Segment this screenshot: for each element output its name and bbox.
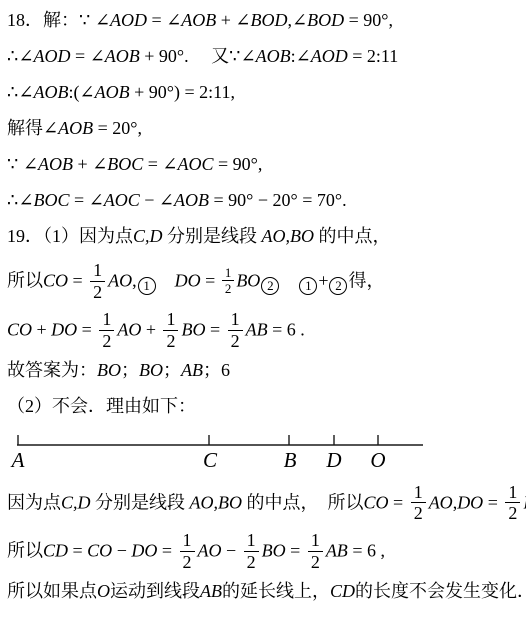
fraction-numerator: 1	[99, 310, 114, 330]
fraction-numerator: 1	[222, 266, 234, 281]
text-run: CO	[87, 541, 112, 561]
text-run: BOD	[251, 10, 288, 30]
text-run: AO,BO	[190, 492, 243, 512]
circled-number: 1	[138, 277, 156, 295]
text-run: =	[201, 271, 220, 291]
text-run: ∴∠	[7, 82, 34, 102]
text-run: = 6 .	[268, 320, 305, 340]
fraction-numerator: 1	[163, 310, 178, 330]
text-run: AOB	[174, 190, 209, 210]
text-run: CD	[43, 541, 68, 561]
circled-number: 2	[329, 277, 347, 295]
text-run: AOB	[105, 46, 140, 66]
text-run: 的长度不会发生变化．	[355, 581, 526, 601]
text-run: AOD	[110, 10, 147, 30]
text-run: ∴∠	[7, 46, 34, 66]
text-run: AOB	[58, 118, 93, 138]
fraction-numerator: 1	[411, 483, 426, 503]
fraction-denominator: 2	[99, 330, 114, 351]
fraction-denominator: 2	[228, 330, 243, 351]
text-run: 所以	[7, 541, 43, 561]
text-run: +	[141, 320, 160, 340]
text-run: 的中点， 所以	[242, 492, 364, 512]
fraction-denominator: 2	[222, 280, 234, 296]
text-run: DO	[131, 541, 157, 561]
text-run: O	[97, 581, 110, 601]
text-run: 分别是线段	[91, 492, 190, 512]
text-run: = ∠	[70, 190, 104, 210]
fraction-numerator: 1	[90, 261, 105, 281]
text-run: ；	[121, 360, 139, 380]
text-run: CO	[7, 320, 32, 340]
text-run: AO	[429, 492, 453, 512]
text-run: AB	[246, 320, 268, 340]
line-18-sum-angles: ∵ ∠AOB + ∠BOC = ∠AOC = 90°,	[7, 153, 520, 175]
fraction: 12	[163, 310, 178, 351]
fraction-numerator: 1	[228, 310, 243, 330]
line-19-1-answer: 故答案为：BO；BO；AB；6	[7, 359, 520, 381]
circled-number: 1	[299, 277, 317, 295]
line-19-2-conclusion: 所以如果点O运动到线段AB的延长线上，CD的长度不会发生变化．	[7, 580, 520, 602]
text-run: 运动到线段	[110, 581, 200, 601]
fraction-denominator: 2	[411, 502, 426, 523]
fraction-numerator: 1	[505, 483, 520, 503]
line-19-2-premise: 因为点C,D 分别是线段 AO,BO 的中点， 所以CO = 12AO,DO =…	[7, 483, 520, 524]
text-run: AOB	[95, 82, 130, 102]
text-run: + 90°. 又∵∠	[140, 46, 256, 66]
text-run	[157, 271, 175, 291]
text-run: ∴∠	[7, 190, 34, 210]
text-run: 解得∠	[7, 118, 58, 138]
fraction: 12	[99, 310, 114, 351]
line-18-premise: 18．解：∵ ∠AOD = ∠AOB + ∠BOD,∠BOD = 90°,	[7, 9, 520, 31]
solution-document: 18．解：∵ ∠AOD = ∠AOB + ∠BOD,∠BOD = 90°, ∴∠…	[0, 0, 526, 619]
text-run: BO	[236, 271, 260, 291]
text-run: AO	[198, 541, 222, 561]
fraction-denominator: 2	[90, 281, 105, 302]
text-run: 故答案为：	[7, 360, 97, 380]
point-label-b: B	[284, 448, 297, 472]
text-run: = 6 ,	[348, 541, 385, 561]
text-run: BO	[262, 541, 286, 561]
text-run: AOB	[181, 10, 216, 30]
segment-diagram: A C B D O	[7, 431, 437, 475]
text-run: AO	[108, 271, 132, 291]
text-run: ∵ ∠	[7, 154, 38, 174]
text-run: =	[483, 492, 502, 512]
text-run: :∠	[291, 46, 311, 66]
text-run: = ∠	[143, 154, 177, 174]
text-run: AOD	[311, 46, 348, 66]
text-run: =	[68, 271, 87, 291]
text-run: 所以	[7, 271, 43, 291]
text-run: +	[318, 271, 328, 291]
text-run: = 90° − 20° = 70°.	[209, 190, 347, 210]
point-label-o: O	[370, 448, 385, 472]
line-19-1-sum: CO + DO = 12AO + 12BO = 12AB = 6 .	[7, 310, 520, 351]
line-19-1-premise: 19．（1）因为点C,D 分别是线段 AO,BO 的中点，	[7, 225, 520, 247]
text-run: AOB	[38, 154, 73, 174]
text-run: = 2:11	[348, 46, 398, 66]
text-run: C,D	[61, 492, 91, 512]
point-label-c: C	[203, 448, 218, 472]
line-18-conclusion: ∴∠BOC = ∠AOC − ∠AOB = 90° − 20° = 70°.	[7, 189, 520, 211]
fraction-denominator: 2	[244, 551, 259, 572]
fraction-denominator: 2	[180, 551, 195, 572]
text-run: BOD	[307, 10, 344, 30]
text-run: AOD	[34, 46, 71, 66]
text-run: AB	[200, 581, 222, 601]
text-run: −	[222, 541, 241, 561]
text-run: BOC	[107, 154, 143, 174]
line-18-deduce-ratio: ∴∠AOD = ∠AOB + 90°. 又∵∠AOB:∠AOD = 2:11	[7, 45, 520, 67]
fraction: 12	[411, 483, 426, 524]
text-run: =	[68, 541, 87, 561]
text-run: CD	[330, 581, 355, 601]
text-run	[280, 271, 298, 291]
line-19-2-cd: 所以CD = CO − DO = 12AO − 12BO = 12AB = 6 …	[7, 531, 520, 572]
text-run: − ∠	[140, 190, 174, 210]
text-run: =	[286, 541, 305, 561]
fraction-numerator: 1	[180, 531, 195, 551]
text-run: 因为点	[7, 492, 61, 512]
text-run: BO	[139, 360, 163, 380]
text-run: AB	[326, 541, 348, 561]
text-run: ,	[132, 271, 137, 291]
text-run: + ∠	[73, 154, 107, 174]
fraction-denominator: 2	[505, 502, 520, 523]
text-run: =	[157, 541, 176, 561]
text-run: AO,BO	[262, 226, 315, 246]
text-run: BO	[97, 360, 121, 380]
line-18-equation: ∴∠AOB:(∠AOB + 90°) = 2:11,	[7, 81, 520, 103]
text-run: 18．解：∵ ∠	[7, 10, 110, 30]
fraction: 12	[308, 531, 323, 572]
line-19-1-halves: 所以CO = 12AO,1 DO = 12BO2 1+2得，	[7, 261, 520, 302]
text-run: ,∠	[288, 10, 308, 30]
text-run: 所以如果点	[7, 581, 97, 601]
text-run: 19．（1）因为点	[7, 226, 133, 246]
point-label-d: D	[325, 448, 341, 472]
text-run: BOC	[34, 190, 70, 210]
text-run: = 90°,	[214, 154, 263, 174]
text-run: AO	[117, 320, 141, 340]
text-run: DO	[175, 271, 201, 291]
fraction: 12	[244, 531, 259, 572]
fraction-numerator: 1	[308, 531, 323, 551]
text-run: ；6	[203, 360, 230, 380]
text-run: +	[32, 320, 51, 340]
text-run: 的中点，	[314, 226, 391, 246]
fraction-numerator: 1	[244, 531, 259, 551]
text-run: =	[77, 320, 96, 340]
line-19-2-intro: （2）不会．理由如下：	[7, 395, 520, 417]
text-run: = ∠	[147, 10, 181, 30]
fraction: 12	[228, 310, 243, 351]
text-run: + ∠	[216, 10, 250, 30]
text-run: = 20°,	[93, 118, 142, 138]
text-run: = ∠	[71, 46, 105, 66]
text-run: AB	[181, 360, 203, 380]
text-run: 的延长线上，	[222, 581, 330, 601]
fraction-denominator: 2	[163, 330, 178, 351]
text-run: CO	[364, 492, 389, 512]
line-18-solve-aob: 解得∠AOB = 20°,	[7, 117, 520, 139]
fraction: 12	[90, 261, 105, 302]
text-run: :(∠	[69, 82, 95, 102]
fraction-denominator: 2	[308, 551, 323, 572]
text-run: AOB	[256, 46, 291, 66]
text-run: C,D	[133, 226, 163, 246]
text-run: −	[112, 541, 131, 561]
circled-number: 2	[261, 277, 279, 295]
text-run: + 90°) = 2:11,	[130, 82, 235, 102]
text-run: =	[205, 320, 224, 340]
text-run: CO	[43, 271, 68, 291]
text-run: AOC	[178, 154, 214, 174]
text-run: 得，	[348, 271, 384, 291]
text-run: ；	[163, 360, 181, 380]
fraction: 12	[505, 483, 520, 524]
text-run: （2）不会．理由如下：	[7, 396, 196, 416]
text-run: DO	[51, 320, 77, 340]
fraction: 12	[222, 266, 234, 296]
text-run: AOC	[104, 190, 140, 210]
text-run: BO	[181, 320, 205, 340]
text-run: DO	[457, 492, 483, 512]
text-run: = 90°,	[344, 10, 393, 30]
fraction: 12	[180, 531, 195, 572]
point-label-a: A	[10, 448, 25, 472]
text-run: =	[389, 492, 408, 512]
text-run: AOB	[34, 82, 69, 102]
text-run: 分别是线段	[163, 226, 262, 246]
